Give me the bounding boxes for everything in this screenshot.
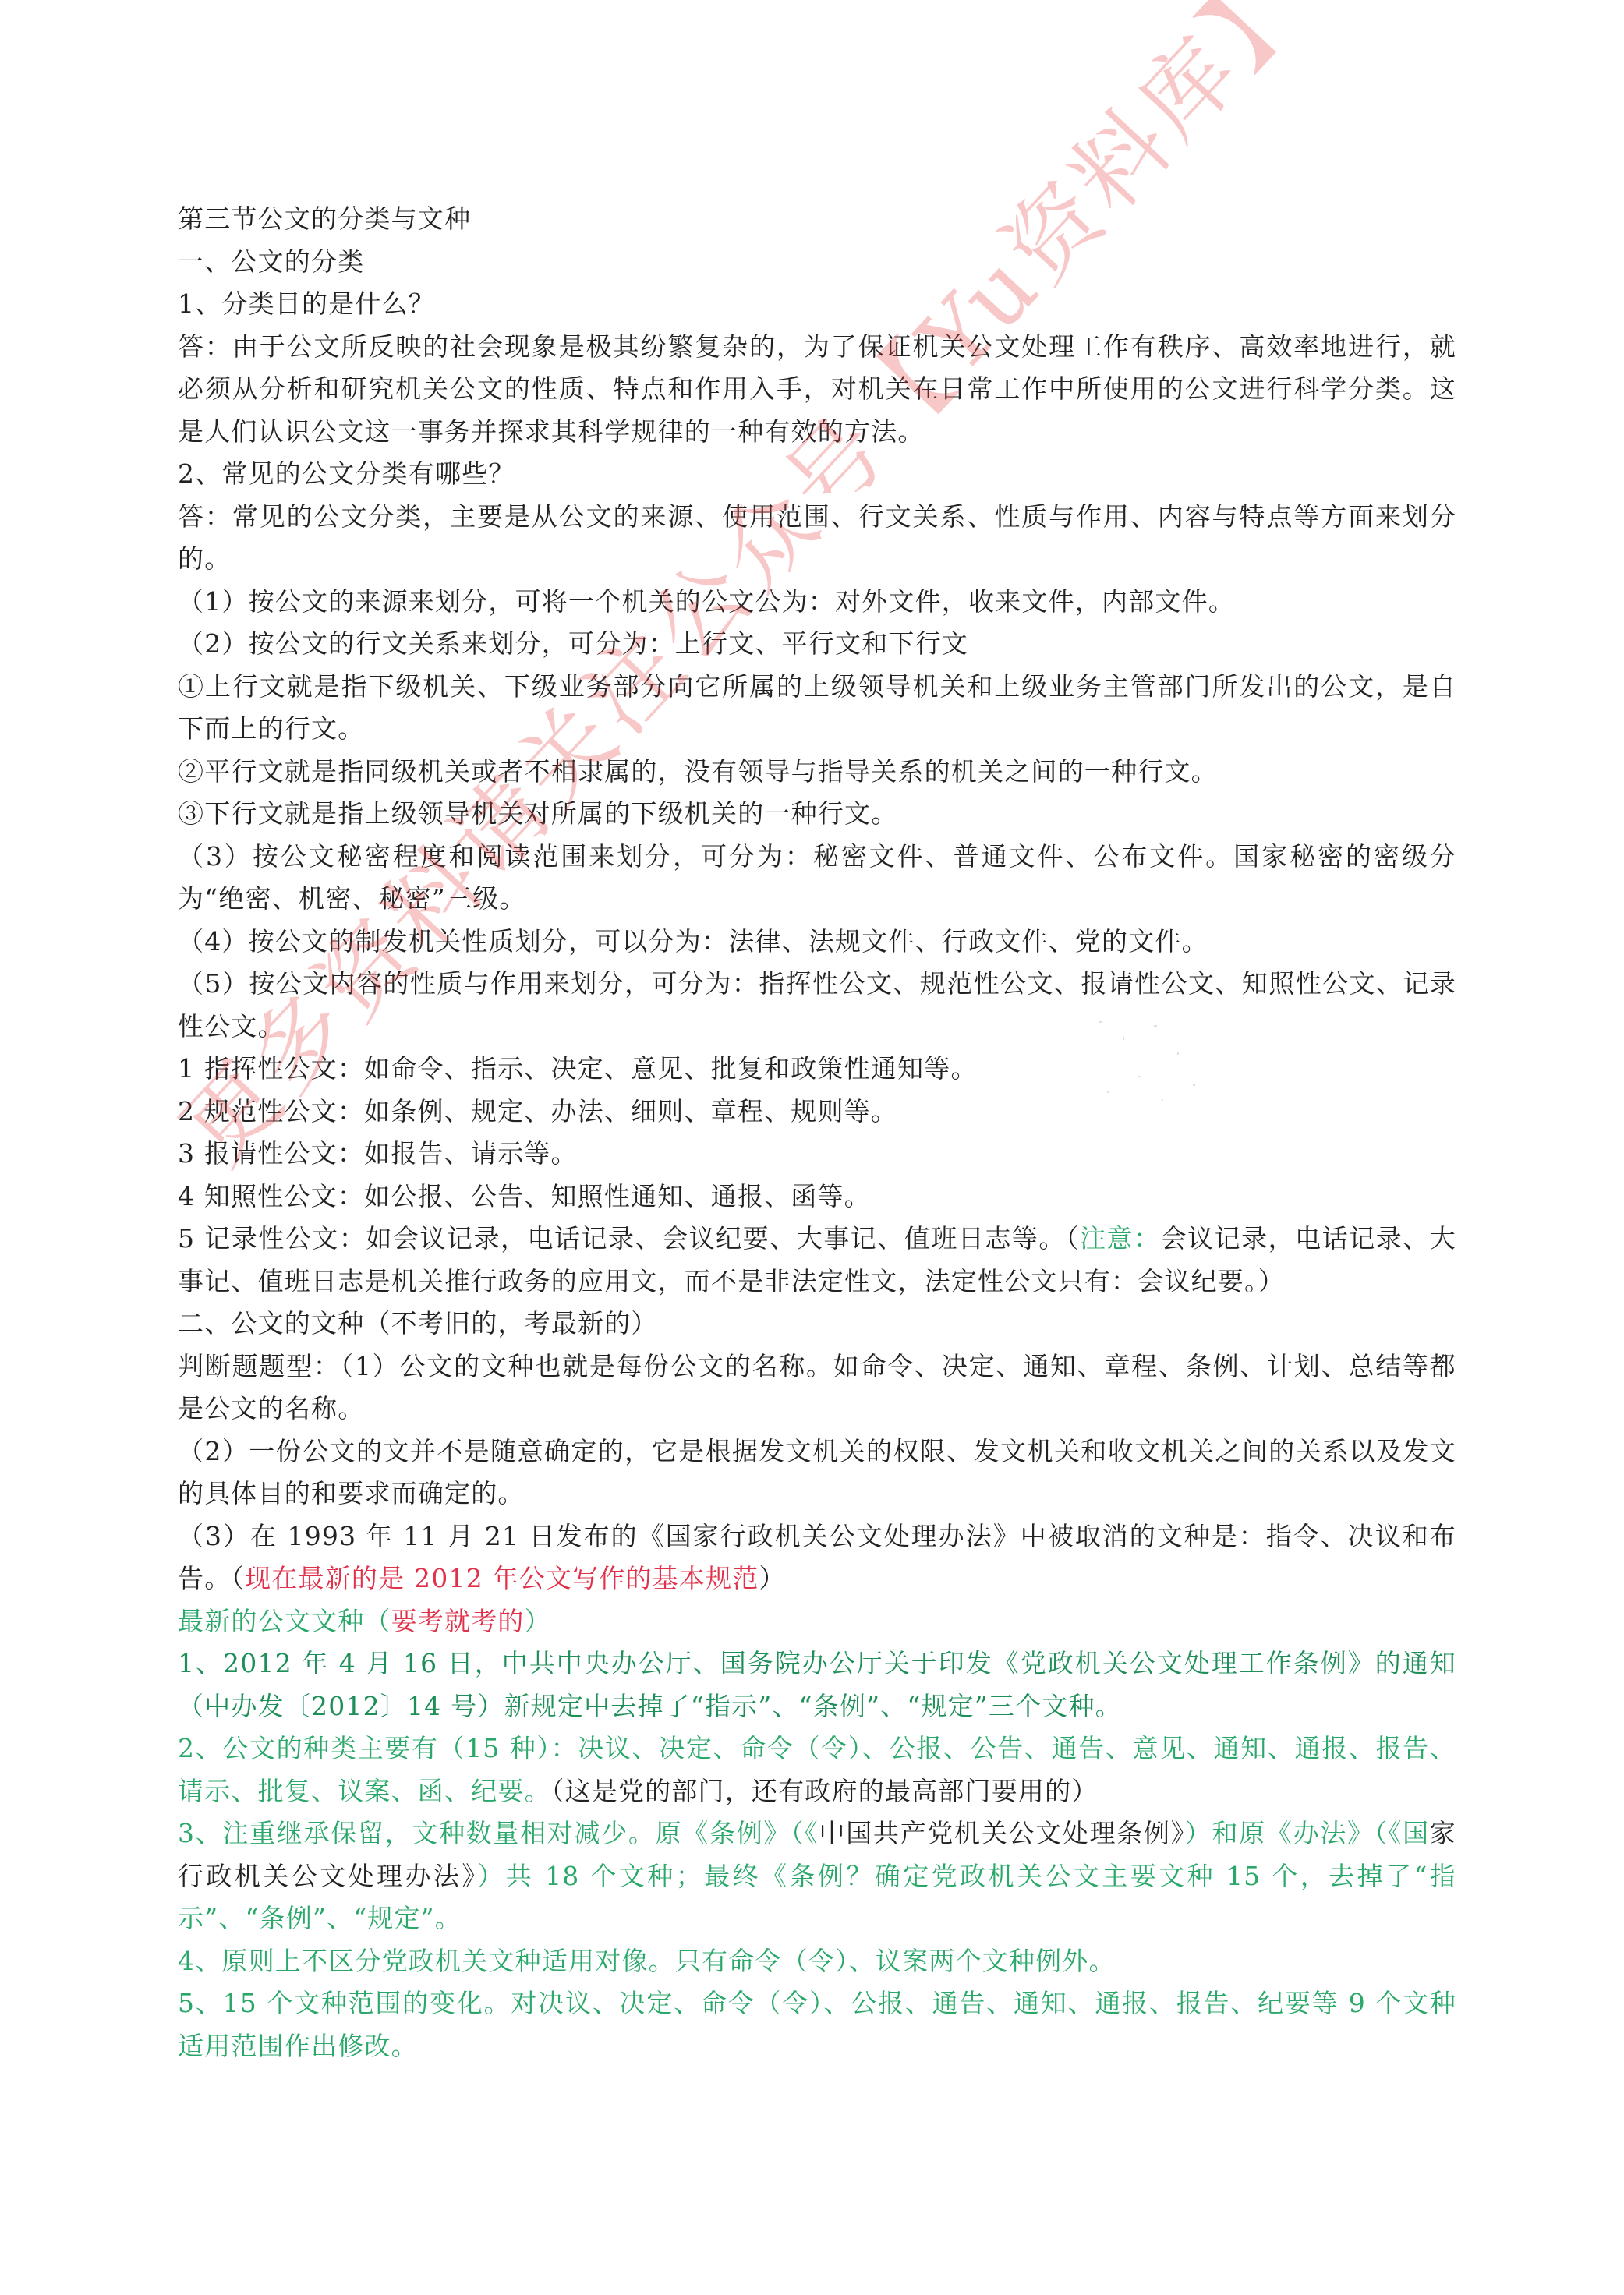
point-2-remark: （这是党的部门，还有政府的最高部门要用的）	[551, 1776, 1099, 1806]
latest-point-2: 2、公文的种类主要有（15 种）：决议、决定、命令（令）、公报、公告、通告、意见…	[178, 1727, 1456, 1812]
note-label: 注意：	[1080, 1223, 1161, 1254]
classification-item-5: 5 记录性公文：如会议记录，电话记录、会议纪要、大事记、值班日志等。（注意：会议…	[178, 1218, 1456, 1303]
latest-point-4: 4、原则上不区分党政机关文种适用对像。只有命令（令）、议案两个文种例外。	[178, 1940, 1456, 1983]
classification-item: 3 报请性公文：如报告、请示等。	[178, 1133, 1456, 1176]
q2-question: 2、常见的公文分类有哪些？	[178, 453, 1456, 496]
classification-item: ②平行文就是指同级机关或者不相隶属的，没有领导与指导关系的机关之间的一种行文。	[178, 751, 1456, 794]
q1-question: 1、分类目的是什么？	[178, 283, 1456, 326]
judge-item-1: 判断题题型：（1）公文的文种也就是每份公文的名称。如命令、决定、通知、章程、条例…	[178, 1346, 1456, 1430]
document-page: 第三节公文的分类与文种 一、公文的分类 1、分类目的是什么？ 答：由于公文所反映…	[0, 0, 1624, 2295]
latest-heading: 最新的公文文种（要考就考的）	[178, 1600, 1456, 1643]
latest-point-1: 1、2012 年 4 月 16 日，中共中央办公厅、国务院办公厅关于印发《党政机…	[178, 1643, 1456, 1727]
section-title: 第三节公文的分类与文种	[178, 198, 1456, 241]
q2-answer: 答：常见的公文分类，主要是从公文的来源、使用范围、行文关系、性质与作用、内容与特…	[178, 496, 1456, 581]
classification-item: ③下行文就是指上级领导机关对所属的下级机关的一种行文。	[178, 793, 1456, 836]
point-3-c: ）和原《办法》（《国	[1185, 1818, 1430, 1848]
classification-item: 2 规范性公文：如条例、规定、办法、细则、章程、规则等。	[178, 1091, 1456, 1133]
classification-item: （5）按公文内容的性质与作用来划分，可分为：指挥性公文、规范性公文、报请性公文、…	[178, 963, 1456, 1048]
classification-item: （2）按公文的行文关系来划分，可分为：上行文、平行文和下行文	[178, 623, 1456, 666]
classification-item: （4）按公文的制发机关性质划分，可以分为：法律、法规文件、行政文件、党的文件。	[178, 921, 1456, 964]
judge-item-3: （3）在 1993 年 11 月 21 日发布的《国家行政机关公文处理办法》中被…	[178, 1515, 1456, 1600]
classification-item: （1）按公文的来源来划分，可将一个机关的公文公为：对外文件，收来文件，内部文件。	[178, 581, 1456, 624]
item5-lead: 5 记录性公文：如会议记录，电话记录、会议纪要、大事记、值班日志等。（	[178, 1223, 1080, 1254]
q1-answer: 答：由于公文所反映的社会现象是极其纷繁复杂的，为了保证机关公文处理工作有秩序、高…	[178, 326, 1456, 454]
latest-heading-text: 最新的公文文种（	[178, 1606, 391, 1636]
point-3-b: 中国共产党机关公文处理条例》	[819, 1818, 1185, 1848]
classification-item: （3）按公文秘密程度和阅读范围来划分，可分为：秘密文件、普通文件、公布文件。国家…	[178, 836, 1456, 921]
latest-point-5: 5、15 个文种范围的变化。对决议、决定、命令（令）、公报、通告、通知、通报、报…	[178, 1982, 1456, 2067]
part1-heading: 一、公文的分类	[178, 241, 1456, 284]
latest-heading-close: ）	[525, 1606, 551, 1636]
judge-3-red-note: 现在最新的是 2012 年公文写作的基本规范	[245, 1563, 759, 1593]
point-3-a: 3、注重继承保留，文种数量相对减少。原《条例》（《	[178, 1818, 819, 1848]
judge-item-2: （2）一份公文的文并不是随意确定的，它是根据发文机关的权限、发文机关和收文机关之…	[178, 1430, 1456, 1515]
judge-3-tail: ）	[759, 1563, 785, 1593]
classification-item: 1 指挥性公文：如命令、指示、决定、意见、批复和政策性通知等。	[178, 1048, 1456, 1091]
document-body: 第三节公文的分类与文种 一、公文的分类 1、分类目的是什么？ 答：由于公文所反映…	[178, 198, 1456, 2067]
classification-item: 4 知照性公文：如公报、公告、知照性通知、通报、函等。	[178, 1176, 1456, 1218]
part2-heading: 二、公文的文种（不考旧的，考最新的）	[178, 1303, 1456, 1346]
latest-point-3: 3、注重继承保留，文种数量相对减少。原《条例》（《中国共产党机关公文处理条例》）…	[178, 1812, 1456, 1940]
classification-item: ①上行文就是指下级机关、下级业务部分向它所属的上级领导机关和上级业务主管部门所发…	[178, 666, 1456, 751]
latest-heading-red: 要考就考的	[391, 1606, 525, 1636]
